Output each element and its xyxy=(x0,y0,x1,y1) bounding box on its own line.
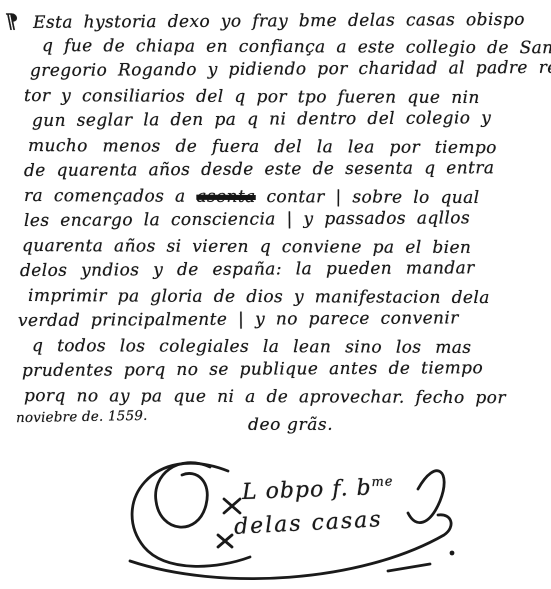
strikethrough-word: asenta xyxy=(196,187,255,207)
strike-line-before: ra començados a xyxy=(24,186,196,207)
paragraph-mark-icon: ¶ xyxy=(6,9,19,34)
manuscript-line: de quarenta años desde este de sesenta q… xyxy=(24,156,551,184)
signature-block: L obpo f. bme delas casas xyxy=(100,449,480,584)
manuscript-line: ¶Esta hystoria dexo yo fray bme delas ca… xyxy=(6,6,551,34)
manuscript-line: delos yndios y de españa: la pueden mand… xyxy=(20,256,551,284)
signature-name-line1-main: L obpo f. b xyxy=(242,475,372,505)
manuscript-footer-row: noviebre de. 1559. deo grãs. xyxy=(0,409,551,447)
manuscript-line-text: Esta hystoria dexo yo fray bme delas cas… xyxy=(33,10,525,33)
signature-name-line1: L obpo f. bme xyxy=(242,474,395,505)
manuscript-line: porq no ay pa que ni a de aprovechar. fe… xyxy=(24,384,551,411)
manuscript-line: les encargo la consciencia | y passados … xyxy=(24,206,551,234)
manuscript-line: prudentes porq no se publique antes de t… xyxy=(22,356,551,384)
strike-line-after: contar | sobre lo qual xyxy=(256,187,480,208)
date-line: noviebre de. 1559. xyxy=(16,408,148,426)
manuscript-text-block: ¶Esta hystoria dexo yo fray bme delas ca… xyxy=(0,0,551,409)
deo-gratias-text: deo grãs. xyxy=(248,415,333,435)
manuscript-page: ¶Esta hystoria dexo yo fray bme delas ca… xyxy=(0,0,551,589)
manuscript-line: gun seglar la den pa q ni dentro del col… xyxy=(32,106,551,134)
signature-name-line1-superscript: me xyxy=(371,474,394,490)
manuscript-line: gregorio Rogando y pidiendo por charidad… xyxy=(30,56,551,84)
manuscript-line: verdad principalmente | y no parece conv… xyxy=(18,306,551,334)
